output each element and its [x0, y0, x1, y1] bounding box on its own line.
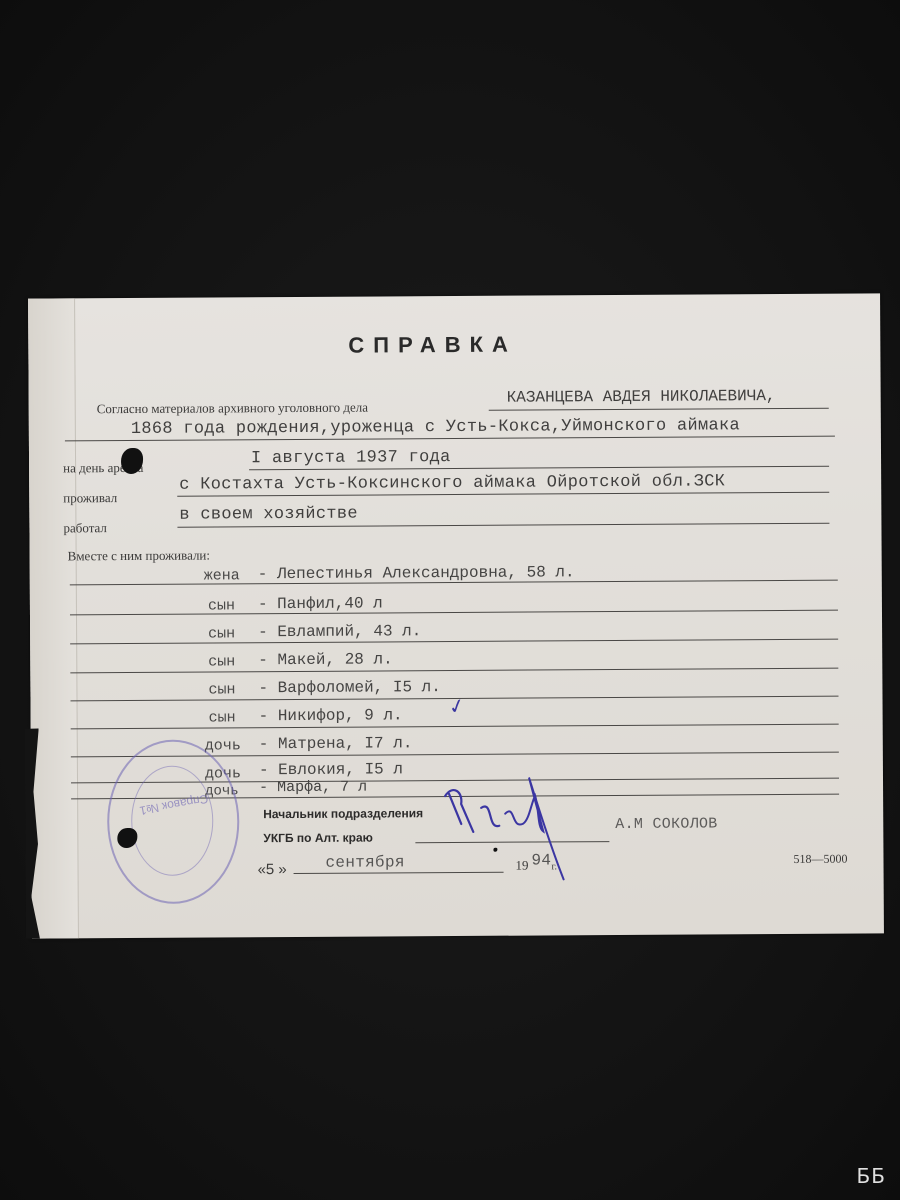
relation: жена [204, 567, 240, 584]
family-member-name: - Матрена, I7 л. [259, 734, 413, 753]
family-member-name: - Марфа, 7 л [259, 779, 367, 797]
rule-subject [489, 408, 829, 411]
watermark: ББ [857, 1164, 886, 1188]
family-member-name: - Панфил,40 л [258, 594, 383, 613]
arrest-date: I августа 1937 года [251, 448, 451, 468]
stamp-inner-ring [131, 765, 214, 875]
date-year-prefix: 19 [515, 858, 528, 874]
date-year-suffix: 94 [531, 851, 551, 869]
certificate-paper: СПРАВКА Согласно материалов архивного уг… [28, 293, 884, 938]
relation: дочь [205, 737, 241, 754]
relation: сын [208, 681, 235, 698]
signatory-title-1: Начальник подразделения [263, 806, 423, 821]
date-year-mark: г. [552, 861, 558, 872]
family-member-name: - Евлокия, I5 л [259, 760, 403, 779]
relation: сын [209, 709, 236, 726]
rule-family [70, 639, 838, 645]
family-member-name: - Лепестинья Александровна, 58 л. [258, 563, 575, 583]
signatory-title-2: УКГБ по Алт. краю [263, 831, 373, 846]
intro-label: Согласно материалов архивного уголовного… [97, 400, 368, 418]
family-member-name: - Евлампий, 43 л. [258, 622, 421, 641]
rule-family [70, 668, 838, 674]
form-number: 518—5000 [793, 852, 847, 867]
family-member-name: - Макей, 28 л. [258, 650, 393, 669]
checkmark-icon: ✓ [446, 692, 469, 721]
document-title: СПРАВКА [348, 332, 517, 359]
relation: сын [208, 653, 235, 670]
lived-label: проживал [63, 490, 117, 506]
birth-line: 1868 года рождения,уроженца с Усть-Кокса… [131, 416, 740, 439]
rule-family [71, 724, 839, 730]
official-stamp: Справок №1 [107, 739, 240, 904]
worked-value: в своем хозяйстве [179, 505, 358, 525]
relation: сын [208, 597, 235, 614]
rule-family [70, 610, 838, 616]
family-member-name: - Никифор, 9 л. [259, 706, 403, 725]
family-member-name: - Варфоломей, I5 л. [258, 678, 441, 697]
family-label: Вместе с ним проживали: [68, 548, 210, 565]
subject-name: КАЗАНЦЕВА АВДЕЯ НИКОЛАЕВИЧА, [507, 387, 776, 407]
lived-value: с Костахта Усть-Коксинского аймака Ойрот… [179, 472, 725, 494]
date-day: «5 » [257, 861, 286, 878]
date-month: сентября [325, 853, 404, 871]
relation: сын [208, 625, 235, 642]
signatory-name: А.М СОКОЛОВ [615, 815, 717, 833]
worked-label: работал [63, 520, 107, 536]
